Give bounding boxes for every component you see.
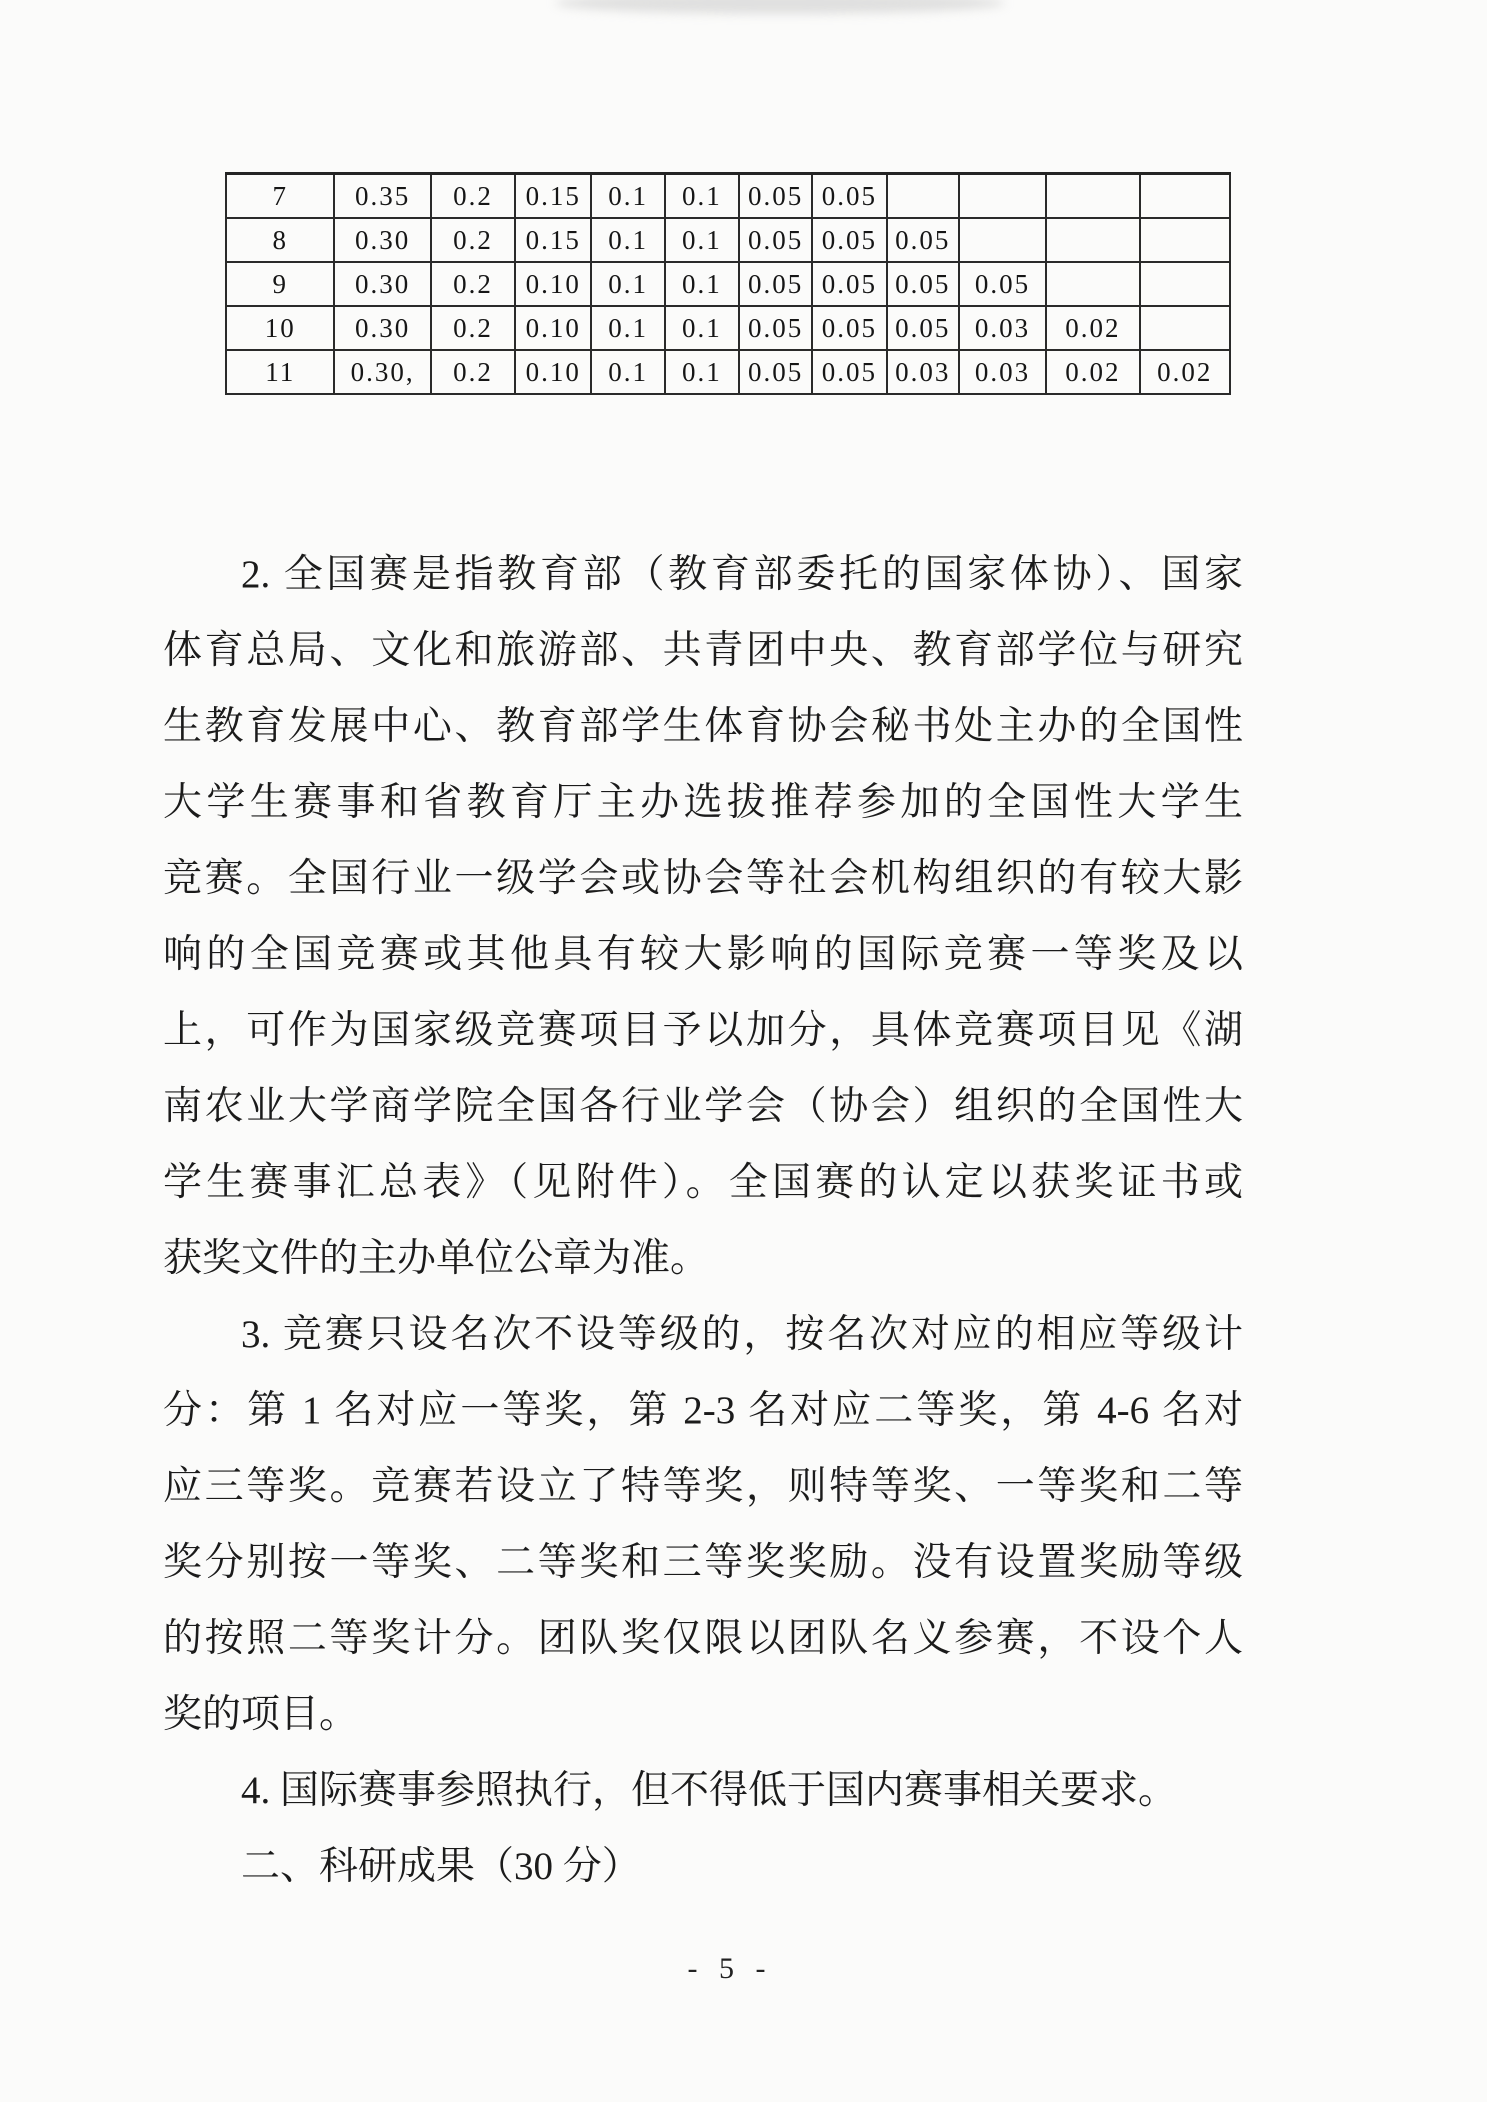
text-line: 获奖文件的主办单位公章为准。 xyxy=(163,1221,1243,1297)
score-table: 70.350.20.150.10.10.050.0580.300.20.150.… xyxy=(225,172,1231,395)
table-cell: 0.2 xyxy=(431,218,515,262)
table-cell: 0.05 xyxy=(739,218,812,262)
table-row: 110.30,0.20.100.10.10.050.050.030.030.02… xyxy=(226,350,1230,394)
para-4-international-events: 4. 国际赛事参照执行，但不得低于国内赛事相关要求。 xyxy=(163,1753,1243,1829)
table-row: 80.300.20.150.10.10.050.050.05 xyxy=(226,218,1230,262)
table-cell: 0.02 xyxy=(1046,306,1139,350)
table-row: 90.300.20.100.10.10.050.050.050.05 xyxy=(226,262,1230,306)
table-cell: 0.30 xyxy=(334,306,430,350)
table-cell: 0.05 xyxy=(739,306,812,350)
scan-smudge-artifact xyxy=(555,0,1005,14)
text-line: 学生赛事汇总表》（见附件）。全国赛的认定以获奖证书或 xyxy=(163,1145,1243,1221)
table-cell: 0.03 xyxy=(959,306,1046,350)
table-cell: 0.02 xyxy=(1046,350,1139,394)
table-cell: 0.1 xyxy=(591,262,664,306)
score-table-body: 70.350.20.150.10.10.050.0580.300.20.150.… xyxy=(226,174,1230,395)
table-cell xyxy=(1140,306,1230,350)
text-line: 生教育发展中心、教育部学生体育协会秘书处主办的全国性 xyxy=(163,689,1243,765)
table-cell: 0.1 xyxy=(591,306,664,350)
table-cell: 7 xyxy=(226,174,334,219)
table-cell: 0.05 xyxy=(739,350,812,394)
table-row: 100.300.20.100.10.10.050.050.050.030.02 xyxy=(226,306,1230,350)
table-cell xyxy=(1046,218,1139,262)
text-line: 2. 全国赛是指教育部（教育部委托的国家体协）、国家 xyxy=(163,537,1243,613)
table-cell xyxy=(1046,174,1139,219)
table-cell: 0.1 xyxy=(665,174,739,219)
table-cell: 0.05 xyxy=(887,262,959,306)
table-cell: 0.1 xyxy=(591,350,664,394)
text-line: 体育总局、文化和旅游部、共青团中央、教育部学位与研究 xyxy=(163,613,1243,689)
table-cell: 0.30 xyxy=(334,218,430,262)
table-cell: 10 xyxy=(226,306,334,350)
text-line: 上，可作为国家级竞赛项目予以加分，具体竞赛项目见《湖 xyxy=(163,993,1243,1069)
text-line: 3. 竞赛只设名次不设等级的，按名次对应的相应等级计 xyxy=(163,1297,1243,1373)
text-line: 奖的项目。 xyxy=(163,1677,1243,1753)
text-line: 大学生赛事和省教育厅主办选拔推荐参加的全国性大学生 xyxy=(163,765,1243,841)
table-cell: 0.10 xyxy=(515,306,591,350)
table-cell: 0.05 xyxy=(959,262,1046,306)
table-cell: 0.30, xyxy=(334,350,430,394)
table-cell xyxy=(1140,174,1230,219)
text-line: 的按照二等奖计分。团队奖仅限以团队名义参赛，不设个人 xyxy=(163,1601,1243,1677)
table-cell: 0.1 xyxy=(591,174,664,219)
text-line: 二、科研成果（30 分） xyxy=(163,1829,1243,1905)
table-cell: 0.10 xyxy=(515,262,591,306)
text-line: 分：第 1 名对应一等奖，第 2-3 名对应二等奖，第 4-6 名对 xyxy=(163,1373,1243,1449)
text-line: 应三等奖。竞赛若设立了特等奖，则特等奖、一等奖和二等 xyxy=(163,1449,1243,1525)
heading-2-research-achievements: 二、科研成果（30 分） xyxy=(163,1829,1243,1905)
text-line: 南农业大学商学院全国各行业学会（协会）组织的全国性大 xyxy=(163,1069,1243,1145)
table-cell: 0.2 xyxy=(431,306,515,350)
table-cell: 8 xyxy=(226,218,334,262)
table-cell xyxy=(887,174,959,219)
table-cell: 0.2 xyxy=(431,174,515,219)
table-cell: 0.2 xyxy=(431,350,515,394)
table-cell: 0.03 xyxy=(959,350,1046,394)
para-2-national-competition-definition: 2. 全国赛是指教育部（教育部委托的国家体协）、国家体育总局、文化和旅游部、共青… xyxy=(163,537,1243,1297)
text-line: 响的全国竞赛或其他具有较大影响的国际竞赛一等奖及以 xyxy=(163,917,1243,993)
text-line: 奖分别按一等奖、二等奖和三等奖奖励。没有设置奖励等级 xyxy=(163,1525,1243,1601)
table-cell: 0.1 xyxy=(665,262,739,306)
table-cell xyxy=(1140,218,1230,262)
table-cell: 0.1 xyxy=(665,350,739,394)
table-cell xyxy=(959,218,1046,262)
para-3-ranking-to-grade-rules: 3. 竞赛只设名次不设等级的，按名次对应的相应等级计分：第 1 名对应一等奖，第… xyxy=(163,1297,1243,1753)
table-cell: 0.15 xyxy=(515,218,591,262)
document-body: 2. 全国赛是指教育部（教育部委托的国家体协）、国家体育总局、文化和旅游部、共青… xyxy=(163,537,1243,1905)
table-cell: 0.05 xyxy=(812,174,886,219)
table-cell: 0.02 xyxy=(1140,350,1230,394)
table-cell xyxy=(1046,262,1139,306)
table-cell: 0.03 xyxy=(887,350,959,394)
table-cell: 0.05 xyxy=(739,262,812,306)
table-cell: 0.05 xyxy=(812,218,886,262)
table-row: 70.350.20.150.10.10.050.05 xyxy=(226,174,1230,219)
text-line: 4. 国际赛事参照执行，但不得低于国内赛事相关要求。 xyxy=(163,1753,1243,1829)
table-cell: 0.05 xyxy=(739,174,812,219)
table-cell: 0.2 xyxy=(431,262,515,306)
table-cell: 0.10 xyxy=(515,350,591,394)
table-cell: 0.05 xyxy=(887,306,959,350)
table-cell: 0.1 xyxy=(665,218,739,262)
table-cell: 0.35 xyxy=(334,174,430,219)
text-line: 竞赛。全国行业一级学会或协会等社会机构组织的有较大影 xyxy=(163,841,1243,917)
table-cell: 9 xyxy=(226,262,334,306)
table-cell: 0.1 xyxy=(591,218,664,262)
page-number: - 5 - xyxy=(0,1952,1460,1986)
table-cell: 0.15 xyxy=(515,174,591,219)
table-cell: 0.1 xyxy=(665,306,739,350)
table-cell: 0.05 xyxy=(812,262,886,306)
table-cell xyxy=(959,174,1046,219)
table-cell: 0.30 xyxy=(334,262,430,306)
table-cell: 0.05 xyxy=(887,218,959,262)
table-cell xyxy=(1140,262,1230,306)
table-cell: 0.05 xyxy=(812,306,886,350)
table-cell: 11 xyxy=(226,350,334,394)
table-cell: 0.05 xyxy=(812,350,886,394)
